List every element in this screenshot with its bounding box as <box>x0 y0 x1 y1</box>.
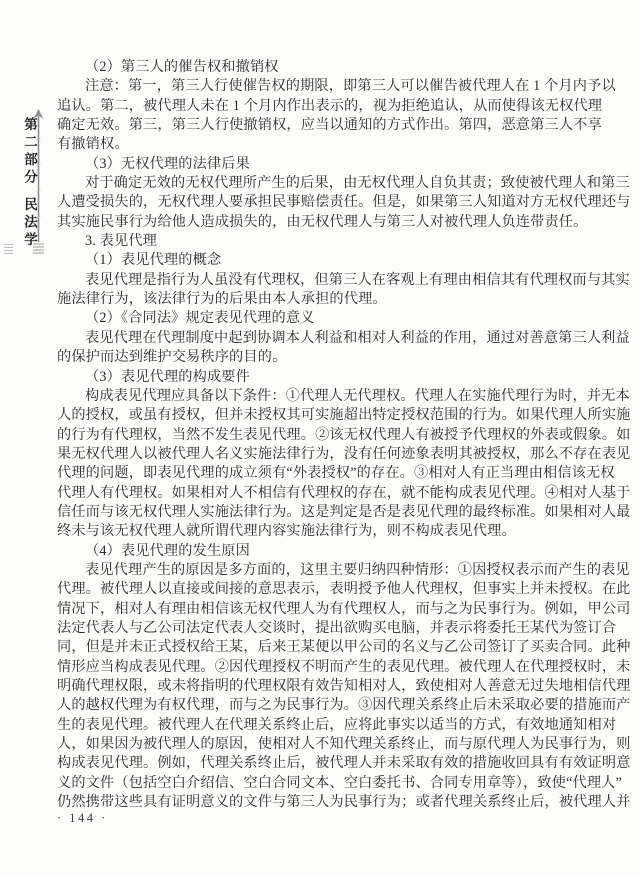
section-heading-line: 3. 表见代理 <box>57 232 602 251</box>
body-text-line: 终未与该无权代理人就所谓代理内容实施法律行为，则不构成表见代理。 <box>57 522 602 541</box>
body-text-line: 有撤销权。 <box>57 135 602 154</box>
section-heading-line: （2）第三人的催告权和撤销权 <box>57 58 602 77</box>
body-text-line: 人的越权代理为有权代理，而与之为民事行为。③因代理关系终止后未采取必要的措施而产 <box>57 696 602 715</box>
body-text-line: 果无权代理人以被代理人名义实施法律行为，没有任何迹象表明其被授权，那么不存在表见 <box>57 445 602 464</box>
body-text-line: 信任而与该无权代理人实施法律行为。这是判定是否是表见代理的最终标准。如果相对人最 <box>57 503 602 522</box>
body-text-line: 表见代理是指行为人虽没有代理权，但第三人在客观上有理由相信其有代理权而与其实 <box>57 271 602 290</box>
body-text-line: 代理。被代理人以直接或间接的意思表示，表明授予他人代理权，但事实上并未授权。在此 <box>57 580 602 599</box>
body-text-line: 其实施民事行为给他人造成损失的，由无权代理人与第三人对被代理人负连带责任。 <box>57 213 602 232</box>
body-text-line: 确定无效。第三，第三人行使撤销权，应当以通知的方式作出。第四，恶意第三人不享 <box>57 116 602 135</box>
body-text-line: 的保护而达到维护交易秩序的目的。 <box>57 348 602 367</box>
section-heading-line: （3）无权代理的法律后果 <box>57 155 602 174</box>
body-text-line: 生的表见代理。被代理人在代理关系终止后，应将此事实以适当的方式，有效地通知相对 <box>57 716 602 735</box>
body-text-line: 构成表见代理应具备以下条件：①代理人无代理权。代理人在实施代理行为时，并无本 <box>57 387 602 406</box>
body-text-block: （2）第三人的催告权和撤销权注意：第一，第三人行使催告权的期限，即第三人可以催告… <box>57 58 602 812</box>
body-text-line: 义的文件（包括空白介绍信、空白合同文本、空白委托书、合同专用章等），致使“代理人… <box>57 774 602 793</box>
body-text-line: 仍然携带这些具有证明意义的文件与第三人为民事行为；或者代理关系终止后，被代理人并 <box>57 793 602 812</box>
body-text-line: 构成表见代理。例如，代理关系终止后，被代理人并未采取有效的措施收回具有有效证明意 <box>57 754 602 773</box>
body-text-line: 情况下，相对人有理由相信该无权代理人为有代理权人，而与之为民事行为。例如，甲公司 <box>57 600 602 619</box>
body-text-line: 施法律行为，该法律行为的后果由本人承担的代理。 <box>57 290 602 309</box>
body-text-line: 代理的问题，即表见代理的成立须有“外表授权”的存在。③相对人有正当理由相信该无权 <box>57 464 602 483</box>
body-text-line: 的行为有代理权，当然不发生表见代理。②该无权代理人有被授予代理权的外表或假象。如 <box>57 426 602 445</box>
document-page: 第二部分 民法学 （2）第三人的催告权和撤销权注意：第一，第三人行使催告权的期限… <box>0 0 640 876</box>
body-text-line: 追认。第二，被代理人未在 1 个月内作出表示的，视为拒绝追认，从而使得该无权代理 <box>57 97 602 116</box>
body-text-line: 明确代理权限，或未将指明的代理权限有效告知相对人，致使相对人善意无过失地相信代理 <box>57 677 602 696</box>
body-text-line: 注意：第一，第三人行使催告权的期限，即第三人可以催告被代理人在 1 个月内予以 <box>57 77 602 96</box>
section-heading-line: （3）表见代理的构成要件 <box>57 368 602 387</box>
body-text-line: 法定代表人与乙公司法定代表人交谈时，提出欲购买电脑，并表示将委托王某代为签订合 <box>57 619 602 638</box>
section-heading-line: （1）表见代理的概念 <box>57 251 602 270</box>
binding-hatch-mark <box>4 242 13 254</box>
page-number: · 144 · <box>57 811 108 826</box>
section-heading-line: （4）表见代理的发生原因 <box>57 542 602 561</box>
body-text-line: 同，但是并未正式授权给王某，后来王某便以甲公司的名义与乙公司签订了买卖合同。此种 <box>57 638 602 657</box>
body-text-line: 人，如果因为被代理人的原因，使相对人不知代理关系终止，而与原代理人为民事行为，则 <box>57 735 602 754</box>
body-text-line: 代理人有代理权。如果相对人不相信有代理权的存在，就不能构成表见代理。④相对人基于 <box>57 484 602 503</box>
body-text-line: 对于确定无效的无权代理所产生的后果，由无权代理人自负其责；致使被代理人和第三 <box>57 174 602 193</box>
body-text-line: 情形应当构成表见代理。②因代理授权不明而产生的表见代理。被代理人在代理授权时，未 <box>57 658 602 677</box>
body-text-line: 人遭受损失的，无权代理人要承担民事赔偿责任。但是，如果第三人知道对方无权代理还与 <box>57 193 602 212</box>
body-text-line: 表见代理在代理制度中起到协调本人利益和相对人利益的作用，通过对善意第三人利益 <box>57 329 602 348</box>
body-text-line: 表见代理产生的原因是多方面的，这里主要归纳四种情形：①因授权表示而产生的表见 <box>57 561 602 580</box>
body-text-line: 人的授权，或虽有授权，但并未授权其可实施超出特定授权范围的行为。如果代理人所实施 <box>57 406 602 425</box>
section-heading-line: （2）《合同法》规定表见代理的意义 <box>57 309 602 328</box>
sidebar-up-arrow-icon <box>32 108 45 256</box>
